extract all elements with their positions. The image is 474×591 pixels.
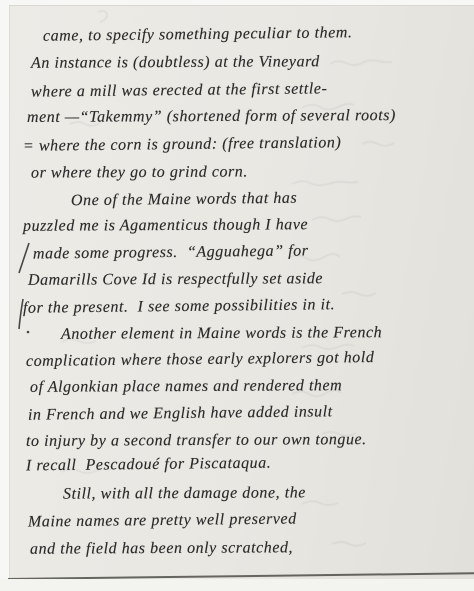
handwriting-line: Damarills Cove Id is respectfully set as…	[28, 270, 323, 290]
handwriting-line: Another element in Maine words is the Fr…	[61, 324, 382, 344]
handwritten-text: came, to specify something peculiar to t…	[10, 6, 474, 579]
handwriting-line: to injury by a second transfer to our ow…	[26, 431, 367, 451]
handwriting-line: and the field has been only scratched,	[30, 539, 293, 558]
manuscript-page: came, to specify something peculiar to t…	[9, 5, 474, 579]
handwriting-line: puzzled me is Agamenticus though I have	[23, 216, 308, 235]
manuscript-scan: came, to specify something peculiar to t…	[0, 0, 474, 591]
handwriting-line: in French and we English have added insu…	[28, 403, 333, 424]
scan-background-strip	[0, 579, 474, 591]
handwriting-line: or where they go to grind corn.	[31, 163, 248, 182]
handwriting-line: came, to specify something peculiar to t…	[43, 24, 353, 46]
handwriting-line: I recall Pescadoué for Piscataqua.	[26, 455, 271, 476]
handwriting-line: made some progress. “Agguahega” for	[33, 242, 309, 263]
handwriting-line: One of the Maine words that has	[71, 190, 297, 211]
handwriting-line: where a mill was erected at the first se…	[31, 80, 328, 101]
handwriting-line: Still, with all the damage done, the	[63, 484, 306, 503]
handwriting-line: for the present. I see some possibilitie…	[23, 296, 335, 318]
handwriting-line: An instance is (doubtless) at the Vineya…	[31, 53, 320, 73]
handwriting-line: Maine names are pretty well preserved	[28, 510, 297, 531]
handwriting-line: = where the corn is ground: (free transl…	[23, 134, 341, 156]
handwriting-line: complication where those early explorers…	[26, 349, 375, 371]
handwriting-line: ment —“Takemmy” (shortened form of sever…	[27, 107, 396, 127]
handwriting-line: of Algonkian place names and rendered th…	[30, 377, 342, 397]
